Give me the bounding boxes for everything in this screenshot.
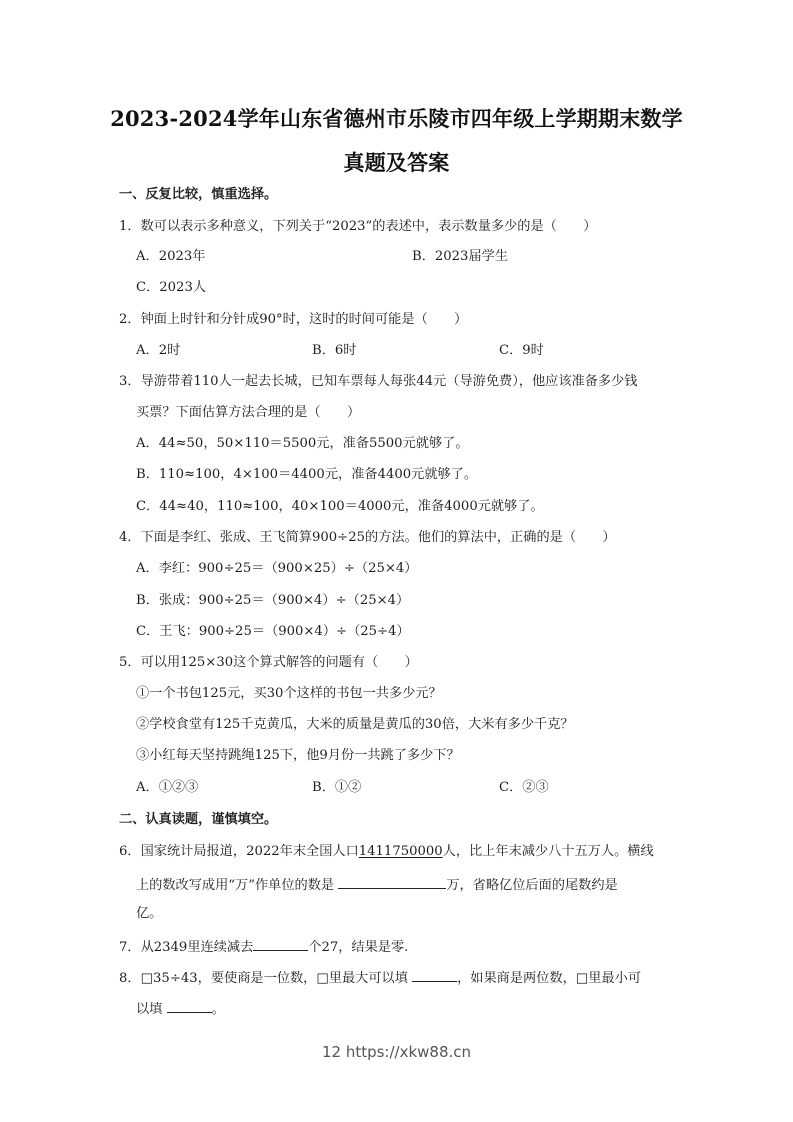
question-number: 7． [119,940,141,955]
option-1b: B．2023届学生 [412,248,508,266]
question-2: 2．钟面上时针和分针成90°时，这时的时间可能是（ ） [119,311,467,329]
question-text: □35÷43，要使商是一位数，□里最大可以填 [141,971,408,986]
option-1c: C．2023人 [136,279,206,297]
question-4: 4．下面是李红、张成、王飞简算900÷25的方法。他们的算法中，正确的是（ ） [119,529,616,547]
question-text: 数可以表示多种意义，下列关于“2023”的表述中，表示数量多少的是（ ） [141,219,597,234]
section-heading-fill-in: 二、认真读题，谨慎填空。 [119,811,277,829]
question-text: 万，省略亿位后面的尾数约是 [446,878,617,893]
question-8: 8．□35÷43，要使商是一位数，□里最大可以填 ，如果商是两位数，□里最小可 [119,967,641,988]
question-5: 5．可以用125×30这个算式解答的问题有（ ） [119,654,418,672]
question-6: 6．国家统计局报道，2022年末全国人口1411750000人，比上年末减少八十… [119,843,654,861]
question-text: 导游带着110人一起去长城，已知车票每人每张44元（导游免费），他应该准备多少钱 [141,374,638,389]
question-3-continued: 买票？下面估算方法合理的是（ ） [136,404,360,422]
question-number: 1． [119,219,141,234]
question-text: 从2349里连续减去 [141,940,254,955]
problem-item-3: ③小红每天坚持跳绳125下，他9月份一共跳了多少下？ [136,747,460,765]
question-number: 4． [119,530,141,545]
question-3: 3．导游带着110人一起去长城，已知车票每人每张44元（导游免费），他应该准备多… [119,373,638,391]
question-7: 7．从2349里连续减去个27，结果是零. [119,936,408,957]
option-5a: A．①②③ [136,779,198,797]
question-text-continued: ，如果商是两位数，□里最小可 [457,971,641,986]
question-number: 3． [119,374,141,389]
question-text: 国家统计局报道，2022年末全国人口 [141,844,359,859]
answer-blank-wan[interactable] [338,874,446,889]
question-6-line-3: 亿。 [136,905,162,923]
option-2a: A．2时 [136,342,180,360]
option-4b: B．张成：900÷25＝（900×4）÷（25×4） [136,592,409,610]
document-page: 2023-2024学年山东省德州市乐陵市四年级上学期期末数学 真题及答案 一、反… [0,0,793,1122]
problem-item-2: ②学校食堂有125千克黄瓜，大米的质量是黄瓜的30倍，大米有多少千克？ [136,716,574,734]
option-2c: C．9时 [499,342,544,360]
question-text-continued: 人，比上年末减少八十五万人。横线 [443,844,654,859]
option-2b: B．6时 [312,342,356,360]
question-number: 2． [119,312,141,327]
option-3a: A．44≈50，50×110＝5500元，准备5500元就够了。 [136,435,469,453]
question-text: 上的数改写成用“万”作单位的数是 [136,878,334,893]
question-number: 8． [119,971,141,986]
section-heading-choice: 一、反复比较，慎重选择。 [119,186,277,204]
question-number: 5． [119,655,141,670]
question-text-end: 。 [212,1002,225,1017]
question-text: 可以用125×30这个算式解答的问题有（ ） [141,655,418,670]
question-text-continued: 个27，结果是零. [308,940,408,955]
question-text: 钟面上时针和分针成90°时，这时的时间可能是（ ） [141,312,468,327]
option-3b: B．110≈100，4×100＝4400元，准备4400元就够了。 [136,466,477,484]
question-8-line-2: 以填 。 [136,998,225,1019]
page-footer: 12 https://xkw88.cn [0,1043,793,1061]
question-text: 下面是李红、张成、王飞简算900÷25的方法。他们的算法中，正确的是（ ） [141,530,616,545]
option-5b: B．①② [312,779,361,797]
question-number: 6． [119,844,141,859]
question-text: 以填 [136,1002,162,1017]
answer-blank-max-digit[interactable] [412,967,457,982]
document-title-line-1: 2023-2024学年山东省德州市乐陵市四年级上学期期末数学 [0,103,793,133]
option-3c: C．44≈40，110≈100，40×100＝4000元，准备4000元就够了。 [136,498,544,516]
answer-blank-min-digit[interactable] [167,998,212,1013]
answer-blank-count[interactable] [253,936,308,951]
question-6-line-2: 上的数改写成用“万”作单位的数是 万，省略亿位后面的尾数约是 [136,874,618,895]
option-4a: A．李红：900÷25＝（900×25）÷（25×4） [136,560,417,578]
underlined-population-number: 1411750000 [359,844,443,859]
option-1a: A．2023年 [136,248,205,266]
option-5c: C．②③ [499,779,549,797]
question-1: 1．数可以表示多种意义，下列关于“2023”的表述中，表示数量多少的是（ ） [119,218,596,236]
document-title-line-2: 真题及答案 [0,147,793,177]
option-4c: C．王飞：900÷25＝（900×4）÷（25÷4） [136,623,410,641]
problem-item-1: ①一个书包125元，买30个这样的书包一共多少元？ [136,685,442,703]
